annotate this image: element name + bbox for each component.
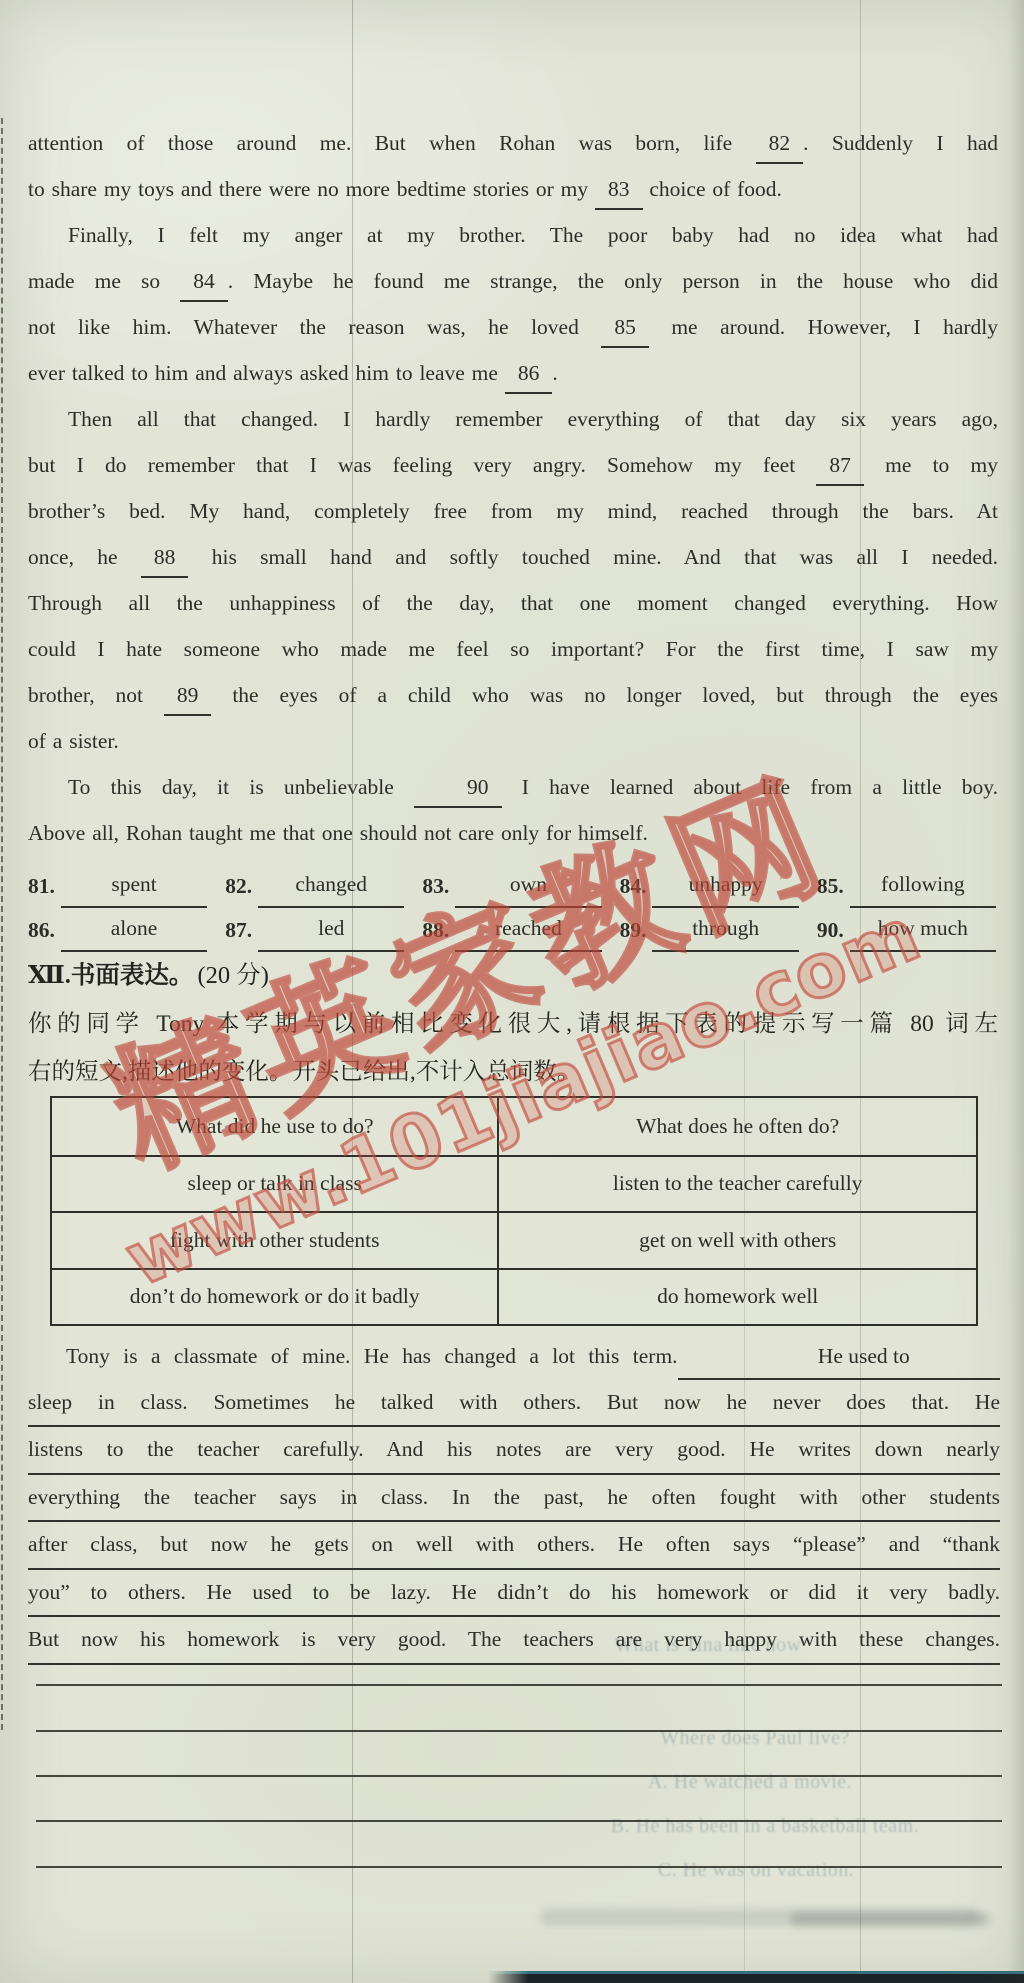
table-cell: do homework well xyxy=(497,1268,976,1325)
table-cell: don’t do homework or do it badly xyxy=(52,1268,497,1325)
answer-word: led xyxy=(258,906,404,952)
answer-item-90: 90.how much xyxy=(817,908,996,952)
table-cell: listen to the teacher carefully xyxy=(497,1155,976,1212)
passage-line: could I hate someone who made me feel so… xyxy=(28,626,998,672)
writing-blank-line xyxy=(36,1820,1002,1822)
passage-line: brother’s bed. My hand, completely free … xyxy=(28,488,998,534)
answer-number: 85. xyxy=(817,864,844,908)
passage-line: ever talked to him and always asked him … xyxy=(28,350,998,396)
passage: attention of those around me. But when R… xyxy=(28,120,998,856)
section-heading: Ⅻ.书面表达。(20 分) xyxy=(28,952,269,1000)
passage-line: made me so 84. Maybe he found me strange… xyxy=(28,258,998,304)
answers-row-2: 86.alone87.led88.reached89.through90.how… xyxy=(28,908,996,952)
essay-line: sleep in class. Sometimes he talked with… xyxy=(28,1380,1000,1428)
essay-intro: Tony is a classmate of mine. He has chan… xyxy=(28,1334,678,1380)
passage-line: Finally, I felt my anger at my brother. … xyxy=(28,212,998,258)
page-edge-shade xyxy=(1008,0,1024,1983)
answer-number: 89. xyxy=(620,908,647,952)
answer-number: 82. xyxy=(225,864,252,908)
cloze-blank-83: 83 xyxy=(595,170,643,210)
answer-word: own xyxy=(455,862,601,908)
passage-line: but I do remember that I was feeling ver… xyxy=(28,442,998,488)
answer-word: through xyxy=(652,906,798,952)
table-cell: fight with other students xyxy=(52,1211,497,1268)
writing-blank-line xyxy=(36,1684,1002,1686)
bottom-page-edge xyxy=(488,1974,1024,1983)
passage-line: attention of those around me. But when R… xyxy=(28,120,998,166)
answer-word: spent xyxy=(61,862,207,908)
perforation-edge xyxy=(1,118,3,1730)
passage-line: once, he 88 his small hand and softly to… xyxy=(28,534,998,580)
answer-number: 81. xyxy=(28,864,55,908)
instruction-line: 右的短文,描述他的变化。开头已给出,不计入总词数。 xyxy=(28,1048,998,1096)
cloze-blank-82: 82 xyxy=(756,124,804,164)
table-header-cell: What does he often do? xyxy=(497,1098,976,1155)
cloze-blank-90: 90 xyxy=(414,768,502,808)
answer-item-87: 87.led xyxy=(225,908,404,952)
cloze-blank-84: 84 xyxy=(180,262,228,302)
passage-line: of a sister. xyxy=(28,718,998,764)
scanned-test-page: attention of those around me. But when R… xyxy=(0,0,1024,1983)
section-score: (20 分) xyxy=(197,962,268,989)
cloze-blank-89: 89 xyxy=(164,676,212,716)
passage-line: not like him. Whatever the reason was, h… xyxy=(28,304,998,350)
answer-word: unhappy xyxy=(652,862,798,908)
passage-line: Above all, Rohan taught me that one shou… xyxy=(28,810,998,856)
model-essay: Tony is a classmate of mine. He has chan… xyxy=(28,1334,1000,1665)
prompt-table: What did he use to do?What does he often… xyxy=(50,1096,978,1326)
answer-number: 87. xyxy=(225,908,252,952)
essay-lines: sleep in class. Sometimes he talked with… xyxy=(28,1380,1000,1665)
essay-line: But now his homework is very good. The t… xyxy=(28,1617,1000,1665)
answer-word: alone xyxy=(61,906,207,952)
answer-word: changed xyxy=(258,862,404,908)
ghost-text-line: B. He has been in a basketball team. xyxy=(611,1815,919,1838)
essay-first-line: Tony is a classmate of mine. He has chan… xyxy=(28,1334,1000,1380)
answer-number: 88. xyxy=(422,908,449,952)
answer-number: 86. xyxy=(28,908,55,952)
answer-word: following xyxy=(850,862,996,908)
essay-line: after class, but now he gets on well wit… xyxy=(28,1522,1000,1570)
answer-word: reached xyxy=(455,906,601,952)
cloze-blank-87: 87 xyxy=(816,446,864,486)
writing-instructions: 你的同学 Tony 本学期与以前相比变化很大,请根据下表的提示写一篇 80 词左… xyxy=(28,1000,998,1096)
writing-blank-line xyxy=(36,1866,1002,1868)
paper-smudge xyxy=(790,1912,990,1926)
answer-item-86: 86.alone xyxy=(28,908,207,952)
table-header-cell: What did he use to do? xyxy=(52,1098,497,1155)
answer-item-83: 83.own xyxy=(422,864,601,908)
answer-item-84: 84.unhappy xyxy=(620,864,799,908)
answer-item-88: 88.reached xyxy=(422,908,601,952)
instruction-line: 你的同学 Tony 本学期与以前相比变化很大,请根据下表的提示写一篇 80 词左 xyxy=(28,1000,998,1048)
essay-line: listens to the teacher carefully. And hi… xyxy=(28,1427,1000,1475)
ghost-text-line: C. He was on vacation. xyxy=(658,1859,855,1882)
answer-item-81: 81.spent xyxy=(28,864,207,908)
passage-line: brother, not 89 the eyes of a child who … xyxy=(28,672,998,718)
answer-item-82: 82.changed xyxy=(225,864,404,908)
passage-line: to share my toys and there were no more … xyxy=(28,166,998,212)
essay-line: everything the teacher says in class. In… xyxy=(28,1475,1000,1523)
essay-line: you” to others. He used to be lazy. He d… xyxy=(28,1570,1000,1618)
cloze-blank-85: 85 xyxy=(601,308,649,348)
passage-line: Then all that changed. I hardly remember… xyxy=(28,396,998,442)
essay-first-line-tail: He used to xyxy=(678,1334,1000,1380)
answers-row-1: 81.spent82.changed83.own84.unhappy85.fol… xyxy=(28,864,996,908)
answer-number: 84. xyxy=(620,864,647,908)
section-title: Ⅻ.书面表达。 xyxy=(28,962,193,989)
writing-blank-line xyxy=(36,1730,1002,1732)
table-cell: sleep or talk in class xyxy=(52,1155,497,1212)
cloze-blank-88: 88 xyxy=(141,538,189,578)
passage-line: To this day, it is unbelievable 90 I hav… xyxy=(28,764,998,810)
passage-line: Through all the unhappiness of the day, … xyxy=(28,580,998,626)
answer-number: 83. xyxy=(422,864,449,908)
answer-number: 90. xyxy=(817,908,844,952)
cloze-blank-86: 86 xyxy=(505,354,553,394)
answer-item-85: 85.following xyxy=(817,864,996,908)
writing-blank-line xyxy=(36,1775,1002,1777)
answer-word: how much xyxy=(850,906,996,952)
answer-item-89: 89.through xyxy=(620,908,799,952)
table-cell: get on well with others xyxy=(497,1211,976,1268)
